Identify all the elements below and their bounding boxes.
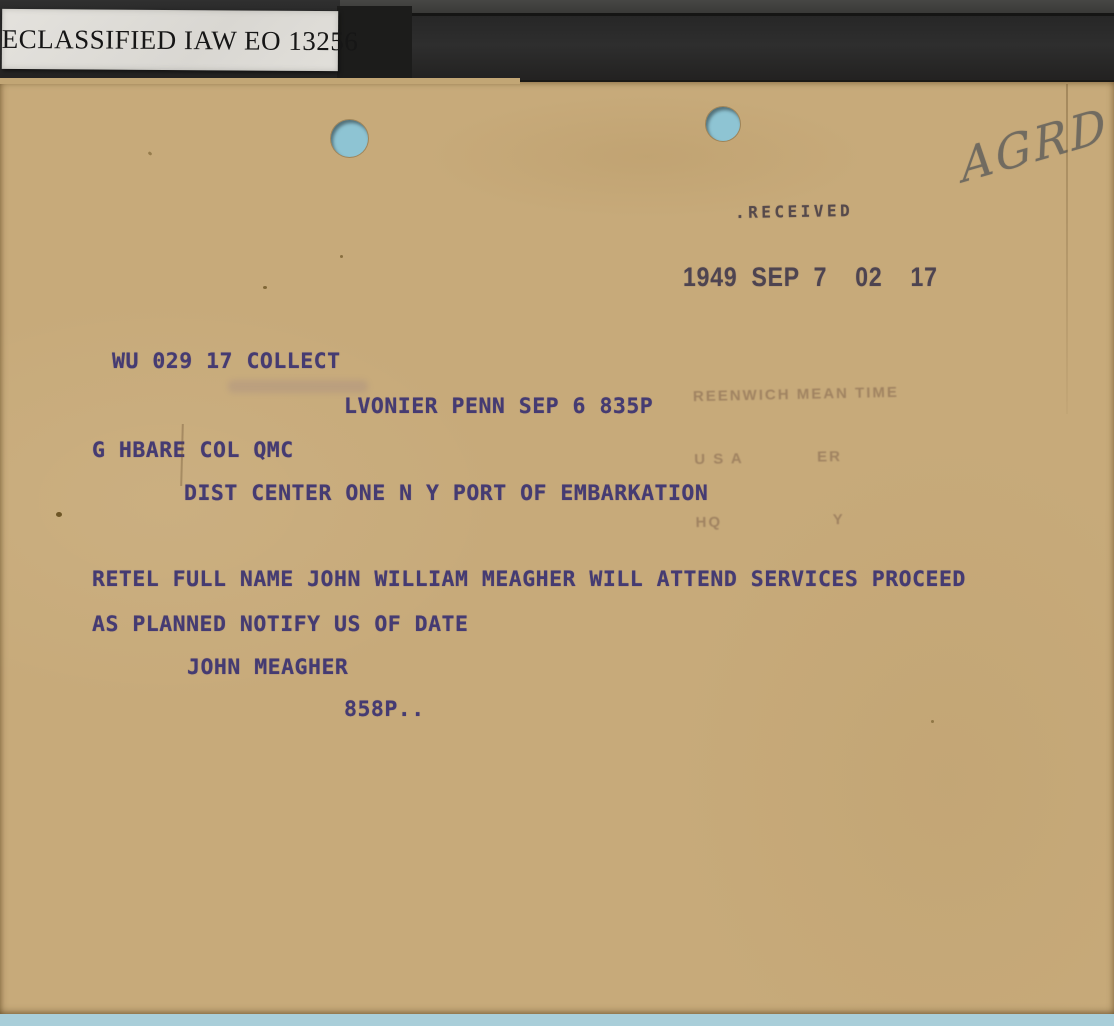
- telegram-recipient-line: G HBARE COL QMC: [92, 438, 294, 463]
- paper-crease-right: [1066, 84, 1068, 414]
- paper-speck: [56, 512, 62, 517]
- received-stamp: .RECEIVED: [735, 201, 854, 222]
- gmt-stamp-line1: REENWICH MEAN TIME: [693, 382, 899, 407]
- gmt-stamp-line2: U S A ER: [694, 445, 900, 470]
- telegram-paper: [0, 82, 1114, 1014]
- paper-speck: [931, 720, 934, 723]
- gmt-stamp: REENWICH MEAN TIME U S A ER HQ Y: [692, 340, 902, 554]
- telegram-body-line-1: RETEL FULL NAME JOHN WILLIAM MEAGHER WIL…: [92, 567, 966, 592]
- gmt-stamp-line3: HQ Y: [695, 508, 901, 533]
- ink-smudge: [228, 380, 368, 393]
- telegram-time-sent: 858P..: [344, 697, 425, 722]
- punch-hole-left: [331, 120, 368, 157]
- telegram-signature: JOHN MEAGHER: [187, 655, 348, 680]
- declassification-stamp: DECLASSIFIED IAW EO 13256: [2, 9, 338, 71]
- telegram-origin-line: LVONIER PENN SEP 6 835P: [344, 394, 653, 419]
- scanned-telegram-page: { "document": { "declassification_label"…: [0, 0, 1114, 1026]
- telegram-routing-line: WU 029 17 COLLECT: [112, 349, 341, 374]
- date-received-stamp: 1949 SEP 7 02 17: [683, 262, 938, 293]
- scanner-bar-groove: [340, 13, 1114, 16]
- scanner-bar-sheen: [340, 0, 1114, 13]
- paper-speck: [340, 255, 343, 258]
- telegram-address-line: DIST CENTER ONE N Y PORT OF EMBARKATION: [184, 481, 708, 506]
- paper-top-edge: [0, 78, 520, 84]
- telegram-body-line-2: AS PLANNED NOTIFY US OF DATE: [92, 612, 468, 637]
- punch-hole-right: [706, 107, 740, 141]
- paper-speck: [263, 286, 267, 289]
